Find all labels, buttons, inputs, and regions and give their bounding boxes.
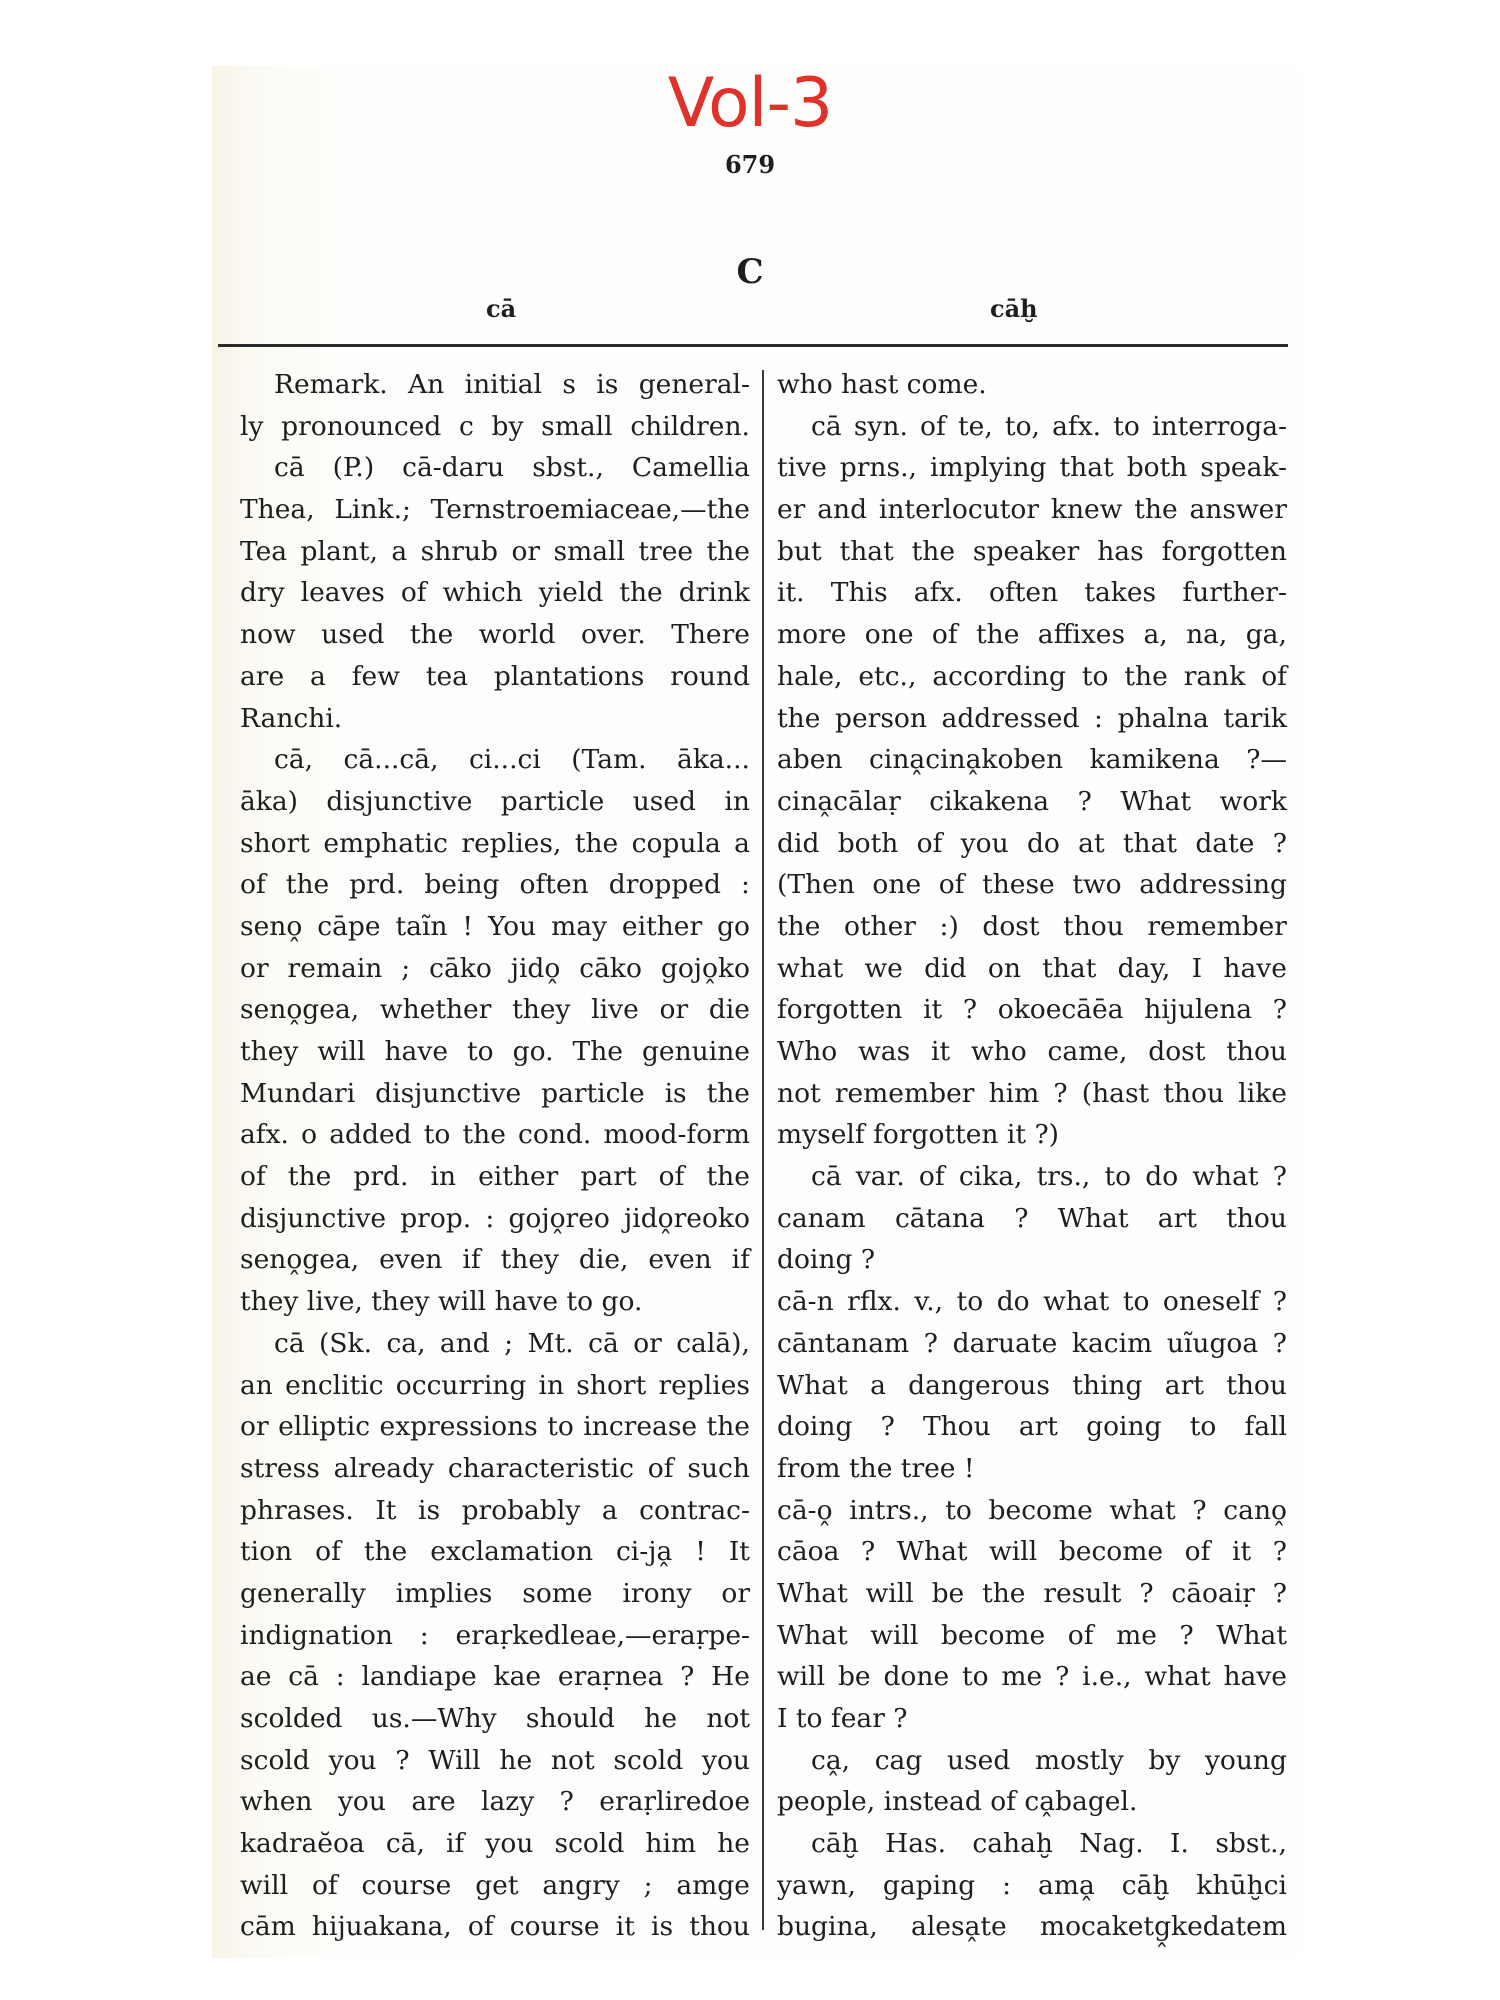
guide-word-left: cā — [486, 294, 516, 323]
word: result — [1043, 1573, 1121, 1615]
word: Thea, — [240, 489, 315, 531]
word: sbst., — [1215, 1823, 1287, 1865]
word: one — [872, 864, 921, 906]
word: will — [866, 1573, 914, 1615]
text-line: cāḫHas.cahaḫNag.I.sbst., — [777, 1823, 1287, 1865]
word: a — [391, 531, 407, 573]
word: may — [551, 906, 607, 948]
word: Mundari — [240, 1073, 355, 1115]
word: such — [687, 1448, 750, 1490]
word: whether — [380, 989, 492, 1031]
word: afx. — [1052, 406, 1101, 448]
word: the — [463, 1114, 506, 1156]
word: he — [644, 1698, 677, 1740]
word: (hast — [1082, 1073, 1149, 1115]
word: in — [724, 781, 750, 823]
word: of — [240, 864, 266, 906]
text-line: cāsyn.ofte,to,afx.tointerroga- — [777, 406, 1287, 448]
word: cā...cā, — [344, 739, 439, 781]
word: at — [1078, 823, 1104, 865]
word: is — [418, 1490, 440, 1532]
word: thing — [1072, 1365, 1142, 1407]
word: tea — [426, 656, 468, 698]
word: die — [709, 989, 750, 1031]
word: generally — [240, 1573, 366, 1615]
text-line: seno̭cāpetaĩn!Youmayeithergo — [240, 906, 750, 948]
word: will — [777, 1656, 825, 1698]
word: that — [1042, 948, 1096, 990]
word: to, — [1005, 406, 1040, 448]
word: they — [512, 989, 570, 1031]
word: two — [1072, 864, 1121, 906]
word: ? — [680, 1656, 694, 1698]
word: Who — [777, 1031, 837, 1073]
word: angry — [542, 1865, 619, 1907]
word: āka) — [240, 781, 298, 823]
page-number: 679 — [0, 150, 1500, 179]
word: if — [462, 1239, 480, 1281]
word: particle — [501, 781, 605, 823]
word: him — [989, 1073, 1040, 1115]
text-line: scoldyou?Willhenotscoldyou — [240, 1740, 750, 1782]
word: : — [420, 1615, 429, 1657]
word: a, — [1143, 614, 1167, 656]
word: become — [1059, 1531, 1163, 1573]
text-line: theywillhavetogo.Thegenuine — [240, 1031, 750, 1073]
word: tion — [240, 1531, 292, 1573]
word: that — [840, 531, 894, 573]
word: according — [932, 656, 1066, 698]
word: cāḫ — [811, 1823, 859, 1865]
word: cano̭ — [1223, 1490, 1287, 1532]
word: fall — [1244, 1406, 1287, 1448]
word: afx. — [240, 1114, 289, 1156]
word: cina̭cina̭koben — [869, 739, 1063, 781]
word: cag — [875, 1740, 923, 1782]
text-line: doing?Thouartgoingtofall — [777, 1406, 1287, 1448]
word: āka... — [677, 739, 750, 781]
guide-word-right: cāḫ — [990, 294, 1038, 323]
line-text: Ranchi. — [240, 698, 342, 740]
text-line: Whowasitwhocame,dostthou — [777, 1031, 1287, 1073]
word: the — [1134, 489, 1177, 531]
text-line: whatwedidonthatday,Ihave — [777, 948, 1287, 990]
word: increase — [583, 1406, 697, 1448]
word: hale, — [777, 656, 842, 698]
word: have — [384, 1031, 448, 1073]
word: to — [1123, 1281, 1150, 1323]
text-line: theother:)dostthouremember — [777, 906, 1287, 948]
word: yield — [539, 572, 604, 614]
word: ? — [924, 1323, 938, 1365]
word: you — [338, 1781, 386, 1823]
text-line: yawn,gaping:ama̭cāḫkhūḫci — [777, 1865, 1287, 1907]
word: already — [334, 1448, 434, 1490]
column-divider — [762, 370, 764, 1930]
text-line: cā(P.)cā-darusbst.,Camellia — [240, 447, 750, 489]
word: cā-o̭ — [777, 1490, 833, 1532]
word: even — [379, 1239, 442, 1281]
word: rflx. — [847, 1281, 901, 1323]
word: the — [707, 531, 750, 573]
section-letter: C — [0, 252, 1500, 292]
word: day, — [1118, 948, 1171, 990]
text-line: cina̭cālaṛcikakena?Whatwork — [777, 781, 1287, 823]
text-line: whenyouarelazy?eraṛliredoe — [240, 1781, 750, 1823]
text-line: ca̭,cagusedmostlybyyoung — [777, 1740, 1287, 1782]
word: not — [777, 1073, 821, 1115]
word: did — [777, 823, 819, 865]
text-line: cāvar.ofcika,trs.,todowhat? — [777, 1156, 1287, 1198]
word: and — [817, 489, 867, 531]
word: scolded — [240, 1698, 342, 1740]
word: the — [410, 614, 453, 656]
word: tarik — [1223, 698, 1287, 740]
word: further- — [1182, 572, 1287, 614]
word: what — [1043, 1281, 1109, 1323]
word: Will — [428, 1740, 480, 1782]
word: ? — [1053, 1073, 1067, 1115]
word: to — [1082, 656, 1109, 698]
word: disjunctive — [240, 1198, 386, 1240]
word: now — [240, 614, 296, 656]
word: dry — [240, 572, 285, 614]
word: what — [777, 948, 843, 990]
word: Ternstroemiaceae,—the — [431, 489, 750, 531]
word: hijulena — [1144, 989, 1252, 1031]
word: cond. — [518, 1114, 591, 1156]
text-line: aecā:landiapekaeeraṛnea?He — [240, 1656, 750, 1698]
word: bugina, — [777, 1906, 878, 1948]
word: used — [321, 614, 384, 656]
word: addressed — [942, 698, 1080, 740]
text-line: moreoneoftheaffixesa,na,ga, — [777, 614, 1287, 656]
word: cām — [240, 1906, 296, 1948]
word: or — [633, 1323, 662, 1365]
word: interlocutor — [879, 489, 1039, 531]
word: phrases. — [240, 1490, 354, 1532]
word: become — [941, 1615, 1045, 1657]
word: rank — [1184, 656, 1246, 698]
word: or — [721, 1573, 750, 1615]
word: dost — [982, 906, 1039, 948]
word: scold — [613, 1740, 683, 1782]
word: cāoaiṛ — [1171, 1573, 1255, 1615]
word: er — [777, 489, 805, 531]
word: will — [240, 1865, 288, 1907]
text-line: from the tree ! — [777, 1448, 1287, 1490]
word: you — [329, 1740, 377, 1782]
word: to — [424, 1114, 451, 1156]
word: cika, — [959, 1156, 1023, 1198]
word: if — [446, 1823, 464, 1865]
word: contrac- — [639, 1490, 750, 1532]
word: cā, — [274, 739, 313, 781]
word: ! — [462, 906, 473, 948]
word: yawn, — [777, 1865, 856, 1907]
word: It — [729, 1531, 750, 1573]
word: cā, — [386, 1823, 425, 1865]
word: okoecāēa — [998, 989, 1124, 1031]
word: prop. — [400, 1198, 471, 1240]
text-line: Whatwillbecomeofme?What — [777, 1615, 1287, 1657]
word: short — [576, 1365, 646, 1407]
word: are — [411, 1781, 455, 1823]
word: : — [336, 1656, 345, 1698]
word: gojo̭reo — [508, 1198, 609, 1240]
word: interroga- — [1152, 406, 1287, 448]
word: get — [475, 1865, 518, 1907]
line-text: they live, they will have to go. — [240, 1281, 642, 1323]
word: the — [364, 1531, 407, 1573]
word: it — [1232, 1531, 1251, 1573]
word: ? — [1179, 1615, 1193, 1657]
word: did — [924, 948, 966, 990]
text-line: Whatadangerousthingartthou — [777, 1365, 1287, 1407]
word: you — [485, 1823, 533, 1865]
text-line: orremain;cākojido̭cākogojo̭ko — [240, 948, 750, 990]
word: of — [932, 614, 958, 656]
word: kae — [494, 1656, 542, 1698]
word: ca̭, — [811, 1740, 850, 1782]
word: khūḫci — [1196, 1865, 1287, 1907]
word: ? — [1273, 1573, 1287, 1615]
word: should — [526, 1698, 615, 1740]
text-line: orellipticexpressionstoincreasethe — [240, 1406, 750, 1448]
word: an — [240, 1365, 273, 1407]
word: You — [488, 906, 536, 948]
word: What — [1058, 1198, 1129, 1240]
word: you — [702, 1740, 750, 1782]
word: you — [961, 823, 1009, 865]
text-line: anencliticoccurringinshortreplies — [240, 1365, 750, 1407]
text-line: (Thenoneofthesetwoaddressing — [777, 864, 1287, 906]
word: of — [1261, 656, 1287, 698]
word: tive — [777, 447, 827, 489]
word: leaves — [301, 572, 385, 614]
word: will — [870, 1615, 918, 1657]
word: become — [989, 1490, 1093, 1532]
word: if — [732, 1239, 750, 1281]
word: to — [945, 1490, 972, 1532]
word: eraṛnea — [558, 1656, 663, 1698]
word: have — [1223, 1656, 1287, 1698]
word: emphatic — [323, 823, 448, 865]
word: is — [651, 1906, 673, 1948]
word: thou — [1226, 1198, 1287, 1240]
text-line: lypronouncedcbysmallchildren. — [240, 406, 750, 448]
word: ? — [1273, 1323, 1287, 1365]
word: of — [1068, 1615, 1094, 1657]
word: that — [1123, 823, 1177, 865]
word: we — [865, 948, 903, 990]
word: he — [717, 1823, 750, 1865]
word: ? — [1273, 1281, 1287, 1323]
word: jido̭reoko — [624, 1198, 750, 1240]
word: sbst., — [532, 447, 604, 489]
word: I. — [1170, 1823, 1189, 1865]
word: indignation — [240, 1615, 393, 1657]
text-line: āka)disjunctiveparticleusedin — [240, 781, 750, 823]
text-line: cā(Sk.ca,and;Mt.cāorcalā), — [240, 1323, 750, 1365]
word: do — [997, 1281, 1030, 1323]
text-line: seno̭gea,whethertheyliveordie — [240, 989, 750, 1031]
word: He — [711, 1656, 750, 1698]
word: or — [511, 531, 540, 573]
word: dost — [1148, 1031, 1205, 1073]
word: var. — [856, 1156, 905, 1198]
word: : — [741, 864, 750, 906]
word: particle — [541, 1073, 645, 1115]
word: implying — [930, 447, 1047, 489]
text-line: willofcoursegetangry;amge — [240, 1865, 750, 1907]
word: ; — [401, 948, 410, 990]
word: mostly — [1035, 1740, 1124, 1782]
word: to — [1113, 406, 1140, 448]
word: it — [923, 989, 942, 1031]
word: art — [1158, 1198, 1197, 1240]
word: (Sk. — [319, 1323, 372, 1365]
word: cā-daru — [402, 447, 504, 489]
word: the — [575, 823, 618, 865]
word: canam — [777, 1198, 866, 1240]
word: remember — [1147, 906, 1287, 948]
word: be — [838, 1656, 871, 1698]
word: oneself — [1163, 1281, 1259, 1323]
word: one — [865, 614, 914, 656]
word: like — [1238, 1073, 1287, 1115]
word: doing — [777, 1406, 852, 1448]
word: of — [315, 1531, 341, 1573]
word: mood-form — [603, 1114, 750, 1156]
word: jido̭ — [511, 948, 561, 990]
word: which — [443, 572, 523, 614]
word: uĩugoa — [1167, 1323, 1258, 1365]
word: both — [838, 823, 899, 865]
right-column: who hast come.cāsyn.ofte,to,afx.tointerr… — [777, 364, 1287, 1948]
word: na, — [1186, 614, 1227, 656]
line-text: who hast come. — [777, 364, 987, 406]
word: Tea — [240, 531, 287, 573]
word: the — [777, 906, 820, 948]
word: children. — [630, 406, 750, 448]
word: of — [919, 1156, 945, 1198]
word: (Tam. — [571, 739, 646, 781]
word: art — [1165, 1365, 1204, 1407]
word: affixes — [1038, 614, 1125, 656]
word: replies — [658, 1365, 750, 1407]
word: ? — [1273, 1531, 1287, 1573]
text-line: people, instead of ca̭bagel. — [777, 1781, 1287, 1823]
word: I — [1192, 948, 1202, 990]
word: was — [858, 1031, 910, 1073]
word: cāoa — [777, 1531, 839, 1573]
word: of — [917, 823, 943, 865]
word: are — [240, 656, 284, 698]
word: what — [1192, 1156, 1258, 1198]
word: : — [1002, 1865, 1011, 1907]
word: : — [1094, 698, 1103, 740]
word: of — [1185, 1531, 1211, 1573]
word: disjunctive — [326, 781, 472, 823]
word: te, — [958, 406, 993, 448]
word: going — [1086, 1406, 1161, 1448]
word: taĩn — [395, 906, 447, 948]
word: in — [430, 1156, 456, 1198]
line-text: doing ? — [777, 1239, 875, 1281]
word: seno̭gea, — [240, 1239, 359, 1281]
text-line: cāntanam?daruatekacimuĩugoa? — [777, 1323, 1287, 1365]
word: scold — [240, 1740, 310, 1782]
word: syn. — [854, 406, 908, 448]
word: cāpe — [317, 906, 380, 948]
word: eraṛliredoe — [599, 1781, 750, 1823]
word: ? — [881, 1406, 895, 1448]
word: thou — [689, 1906, 750, 1948]
text-line: myself forgotten it ?) — [777, 1114, 1287, 1156]
text-line: canamcātana?Whatartthou — [777, 1198, 1287, 1240]
word: lazy — [481, 1781, 534, 1823]
text-line: Whatwillbetheresult?cāoaiṛ? — [777, 1573, 1287, 1615]
word: thou — [1226, 1031, 1287, 1073]
word: intrs., — [849, 1490, 928, 1532]
word: copula — [632, 823, 721, 865]
word: ly — [240, 406, 263, 448]
word: dangerous — [908, 1365, 1050, 1407]
word: cā — [811, 1156, 842, 1198]
word: trs., — [1037, 1156, 1091, 1198]
word: is — [596, 364, 618, 406]
text-line: Teaplant,ashruborsmalltreethe — [240, 531, 750, 573]
word: the — [912, 531, 955, 573]
text-line: abencina̭cina̭kobenkamikena?— — [777, 739, 1287, 781]
word: die, — [579, 1239, 629, 1281]
word: ci...ci — [469, 739, 541, 781]
word: takes — [1084, 572, 1156, 614]
word: ? — [560, 1781, 574, 1823]
header-rule — [218, 344, 1288, 347]
word: what — [1110, 1490, 1176, 1532]
word: cāko — [429, 948, 492, 990]
word: by — [1148, 1740, 1180, 1782]
word: This — [831, 572, 888, 614]
word: hijuakana, — [312, 1906, 452, 1948]
word: ? — [395, 1740, 409, 1782]
word: Has. — [885, 1823, 946, 1865]
line-text: myself forgotten it ?) — [777, 1114, 1059, 1156]
word: gaping — [883, 1865, 975, 1907]
text-line: generallyimpliessomeironyor — [240, 1573, 750, 1615]
word: Mt. — [528, 1323, 574, 1365]
word: came, — [1048, 1031, 1128, 1073]
word: amge — [676, 1865, 750, 1907]
word: course — [510, 1906, 600, 1948]
word: do — [1027, 823, 1060, 865]
word: ; — [644, 1865, 653, 1907]
word: and — [440, 1323, 490, 1365]
word: prns., — [840, 447, 917, 489]
word: of — [920, 406, 946, 448]
word: What — [897, 1531, 968, 1573]
word: art — [1019, 1406, 1058, 1448]
word: is — [665, 1073, 687, 1115]
word: thou — [1063, 906, 1124, 948]
word: forgotten — [777, 989, 902, 1031]
word: be — [932, 1573, 965, 1615]
word: of — [401, 572, 427, 614]
text-line: willbedonetome?i.e.,whathave — [777, 1656, 1287, 1698]
word: replies, — [461, 823, 561, 865]
